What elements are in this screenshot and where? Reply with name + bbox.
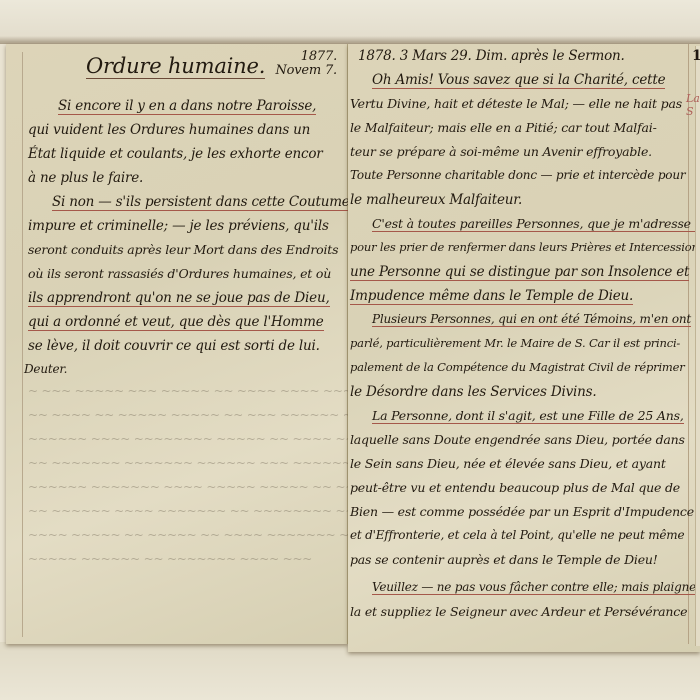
text-line: se lève, il doit couvrir ce qui est sort… <box>28 338 320 354</box>
text-line: qui a ordonné et veut, que dès que l'Hom… <box>28 314 324 331</box>
text-line: la et suppliez le Seigneur avec Ardeur e… <box>350 604 687 619</box>
page-header: 1878. 3 Mars 29. Dim. après le Sermon. <box>358 48 625 64</box>
text-line: parlé, particulièrement Mr. le Maire de … <box>350 336 680 350</box>
bleedthrough-line: ~ ~~~ ~~~~~ ~~~ ~~~~~ ~~ ~~~~ ~~~~ ~~~~ … <box>28 384 386 398</box>
date-note: 1877. Novem 7. <box>267 50 337 78</box>
bleedthrough-line: ~~~~~~ ~~~~ ~~~~~~~~ ~~~~~ ~~ ~~~~ ~~~ <box>28 432 365 446</box>
bleedthrough-line: ~~ ~~~~~~~ ~~~~~~~ ~~~~~~ ~~~ ~~~~~~ <box>28 456 352 470</box>
text-line: à ne plus le faire. <box>28 170 143 186</box>
page-title: Ordure humaine. <box>86 54 265 79</box>
text-line: peut-être vu et entendu beaucoup plus de… <box>350 480 680 495</box>
bleedthrough-line: ~~ ~~~~~~ ~~~~ ~~~~~~~ ~~ ~~~~~~~~ ~~~ <box>28 504 365 518</box>
text-line: impure et criminelle; — je les préviens,… <box>28 218 329 234</box>
text-line: qui vuident les Ordures humaines dans un <box>28 122 310 138</box>
text-line: pas se contenir auprès et dans le Temple… <box>350 552 658 567</box>
text-line: Si non — s'ils persistent dans cette Cou… <box>52 194 350 211</box>
text-line: une Personne qui se distingue par son In… <box>350 264 689 281</box>
text-line: le Sein sans Dieu, née et élevée sans Di… <box>350 456 666 471</box>
bleedthrough-line: ~~~~ ~~~~~ ~~ ~~~~~ ~~ ~~~~ ~~~~~~~ ~~ <box>28 528 359 542</box>
text-line: palement de la Compétence du Magistrat C… <box>350 360 685 374</box>
text-line: Impudence même dans le Temple de Dieu. <box>350 288 633 305</box>
text-line: le Malfaiteur; mais elle en a Pitié; car… <box>350 120 657 135</box>
text-line: C'est à toutes pareilles Personnes, que … <box>372 216 700 232</box>
text-line: ils apprendront qu'on ne se joue pas de … <box>28 290 330 307</box>
text-line: Si encore il y en a dans notre Paroisse, <box>58 98 316 115</box>
text-line: Vertu Divine, hait et déteste le Mal; — … <box>350 96 682 111</box>
margin-note: La S <box>686 92 700 118</box>
page-top-shadow <box>0 36 700 44</box>
text-line: où ils seront rassasiés d'Ordures humain… <box>28 266 331 281</box>
bleedthrough-line: ~~~~~ ~~~~~~ ~~ ~~~~~~~ ~~~~ ~~~ <box>28 552 312 566</box>
bleedthrough-line: ~~~~~~ ~~~~~~~ ~~~~ ~~~~~ ~~~~~ ~~ ~~ <box>28 480 355 494</box>
text-line: le malheureux Malfaiteur. <box>350 192 522 208</box>
text-line: Bien — est comme possédée par un Esprit … <box>350 504 694 519</box>
margin-rule <box>22 52 23 637</box>
text-line: Deuter. <box>24 362 67 376</box>
bleedthrough-line: ~~ ~~~~ ~~ ~~~~~ ~~~~~ ~~ ~~~ ~~~~~~ ~~ <box>28 408 362 422</box>
right-page: 1878. 3 Mars 29. Dim. après le Sermon. O… <box>348 44 700 652</box>
page-number: 11 <box>692 48 700 64</box>
text-line: teur se prépare à soi-même un Avenir eff… <box>350 144 652 159</box>
text-line: Veuillez — ne pas vous fâcher contre ell… <box>372 580 700 595</box>
text-line: seront conduits après leur Mort dans des… <box>28 242 338 257</box>
next-page-edge <box>695 46 700 646</box>
text-line: Plusieurs Personnes, qui en ont été Témo… <box>372 312 691 327</box>
text-line: Toute Personne charitable donc — prie et… <box>350 168 685 182</box>
text-line: le Désordre dans les Services Divins. <box>350 384 596 400</box>
text-line: laquelle sans Doute engendrée sans Dieu,… <box>350 432 685 447</box>
text-line: pour les prier de renfermer dans leurs P… <box>350 240 700 254</box>
text-line: Oh Amis! Vous savez que si la Charité, c… <box>372 72 665 89</box>
text-line: et d'Effronterie, et cela à tel Point, q… <box>350 528 684 542</box>
text-line: La Personne, dont il s'agit, est une Fil… <box>372 408 684 424</box>
margin-rule <box>688 44 689 644</box>
left-page: Ordure humaine. 1877. Novem 7. Si encore… <box>6 44 348 644</box>
text-line: État liquide et coulants, je les exhorte… <box>28 146 323 162</box>
